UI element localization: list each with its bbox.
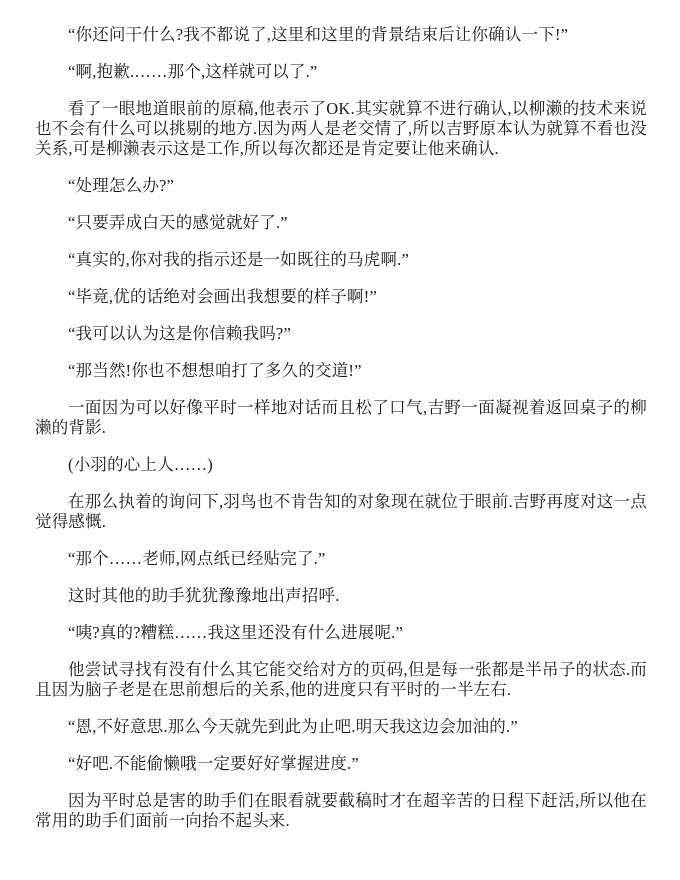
paragraph-13: “那个……老师,网点纸已经贴完了.” [35, 549, 647, 569]
paragraph-5: “只要弄成白天的感觉就好了.” [35, 213, 647, 233]
paragraph-14: 这时其他的助手犹犹豫豫地出声招呼. [35, 586, 647, 606]
paragraph-17: “恩,不好意思.那么今天就先到此为止吧.明天我这边会加油的.” [35, 717, 647, 737]
paragraph-15: “咦?真的?糟糕……我这里还没有什么进展呢.” [35, 623, 647, 643]
paragraph-3: 看了一眼地道眼前的原稿,他表示了OK.其实就算不进行确认,以柳濑的技术来说也不会… [35, 99, 647, 159]
paragraph-19: 因为平时总是害的助手们在眼看就要截稿时才在超辛苦的日程下赶活,所以他在常用的助手… [35, 791, 647, 831]
novel-page: “你还问干什么?我不都说了,这里和这里的背景结束后让你确认一下!” “啊,抱歉.… [0, 0, 680, 880]
paragraph-9: “那当然!你也不想想咱打了多久的交道!” [35, 361, 647, 381]
paragraph-7: “毕竟,优的话绝对会画出我想要的样子啊!” [35, 287, 647, 307]
paragraph-12: 在那么执着的询问下,羽鸟也不肯告知的对象现在就位于眼前.吉野再度对这一点觉得感慨… [35, 492, 647, 532]
paragraph-6: “真实的,你对我的指示还是一如既往的马虎啊.” [35, 250, 647, 270]
paragraph-1: “你还问干什么?我不都说了,这里和这里的背景结束后让你确认一下!” [35, 25, 647, 45]
paragraph-10: 一面因为可以好像平时一样地对话而且松了口气,吉野一面凝视着返回桌子的柳濑的背影. [35, 398, 647, 438]
paragraph-8: “我可以认为这是你信赖我吗?” [35, 324, 647, 344]
paragraph-11: (小羽的心上人……) [35, 455, 647, 475]
paragraph-16: 他尝试寻找有没有什么其它能交给对方的页码,但是每一张都是半吊子的状态.而且因为脑… [35, 660, 647, 700]
paragraph-2: “啊,抱歉.……那个,这样就可以了.” [35, 62, 647, 82]
paragraph-18: “好吧.不能偷懒哦一定要好好掌握进度.” [35, 754, 647, 774]
paragraph-4: “处理怎么办?” [35, 176, 647, 196]
